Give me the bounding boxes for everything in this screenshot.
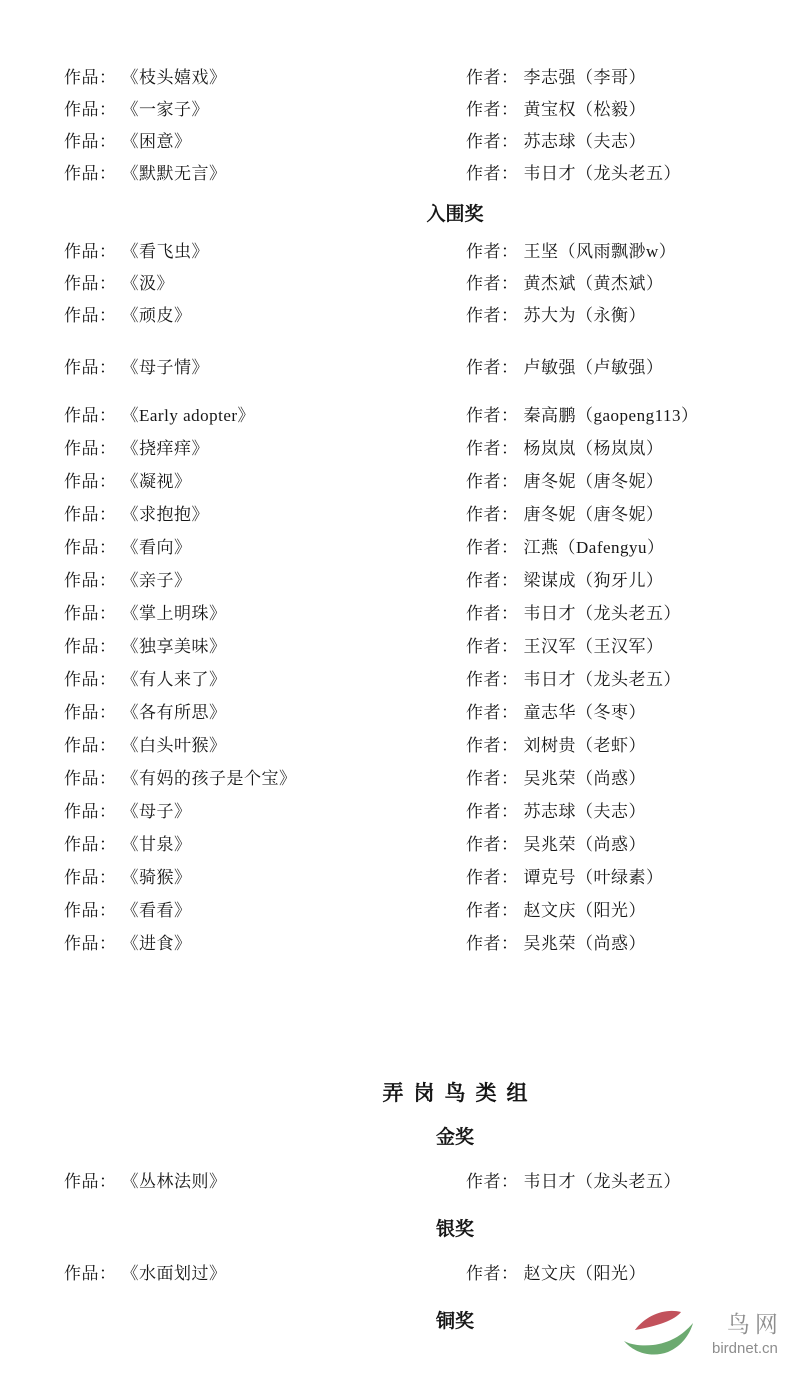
author-name: 吴兆荣（尚惑） bbox=[524, 935, 647, 952]
spacer bbox=[0, 960, 800, 1072]
work-label: 作品： bbox=[64, 243, 117, 260]
award-row: 作品：《看看》作者：赵文庆（阳光） bbox=[0, 894, 800, 927]
work-cell: 作品：《看飞虫》 bbox=[64, 243, 466, 260]
work-label: 作品： bbox=[64, 638, 117, 655]
work-label: 作品： bbox=[64, 572, 117, 589]
author-name: 梁谋成（狗牙儿） bbox=[524, 572, 664, 589]
work-cell: 作品：《凝视》 bbox=[64, 473, 466, 490]
work-cell: 作品：《困意》 bbox=[64, 133, 466, 150]
award-row: 作品：《水面划过》作者：赵文庆（阳光） bbox=[0, 1250, 800, 1296]
author-cell: 作者：苏志球（夫志） bbox=[466, 133, 646, 150]
author-label: 作者： bbox=[466, 1173, 519, 1190]
author-cell: 作者：韦日才（龙头老五） bbox=[466, 1173, 681, 1190]
award-row: 作品：《枝头嬉戏》作者：李志强（李哥） bbox=[0, 61, 800, 93]
author-label: 作者： bbox=[466, 935, 519, 952]
award-row: 作品：《母子》作者：苏志球（夫志） bbox=[0, 795, 800, 828]
work-label: 作品： bbox=[64, 1173, 117, 1190]
author-name: 黄杰斌（黄杰斌） bbox=[524, 275, 664, 292]
author-cell: 作者：韦日才（龙头老五） bbox=[466, 165, 681, 182]
award-row: 作品：《Early adopter》作者：秦高鹏（gaopeng113） bbox=[0, 399, 800, 432]
work-label: 作品： bbox=[64, 836, 117, 853]
work-title: 《看向》 bbox=[122, 539, 192, 556]
work-title: 《甘泉》 bbox=[122, 836, 192, 853]
author-label: 作者： bbox=[466, 737, 519, 754]
award-tier-heading: 金奖 bbox=[55, 1112, 800, 1158]
award-row: 作品：《各有所思》作者：童志华（冬枣） bbox=[0, 696, 800, 729]
work-title: 《独享美味》 bbox=[122, 638, 227, 655]
work-cell: 作品：《水面划过》 bbox=[64, 1265, 466, 1282]
award-row: 作品：《母子情》作者：卢敏强（卢敏强） bbox=[0, 351, 800, 383]
award-row: 作品：《求抱抱》作者：唐冬妮（唐冬妮） bbox=[0, 498, 800, 531]
author-cell: 作者：苏大为（永衡） bbox=[466, 307, 646, 324]
author-label: 作者： bbox=[466, 473, 519, 490]
award-row: 作品：《有人来了》作者：韦日才（龙头老五） bbox=[0, 663, 800, 696]
author-cell: 作者：赵文庆（阳光） bbox=[466, 1265, 646, 1282]
work-label: 作品： bbox=[64, 935, 117, 952]
work-label: 作品： bbox=[64, 133, 117, 150]
award-row: 作品：《顽皮》作者：苏大为（永衡） bbox=[0, 299, 800, 331]
work-label: 作品： bbox=[64, 440, 117, 457]
author-label: 作者： bbox=[466, 165, 519, 182]
author-label: 作者： bbox=[466, 836, 519, 853]
author-name: 卢敏强（卢敏强） bbox=[524, 359, 664, 376]
work-title: 《顽皮》 bbox=[122, 307, 192, 324]
author-cell: 作者：韦日才（龙头老五） bbox=[466, 671, 681, 688]
work-title: 《有人来了》 bbox=[122, 671, 227, 688]
author-cell: 作者：江燕（Dafengyu） bbox=[466, 539, 665, 556]
author-label: 作者： bbox=[466, 133, 519, 150]
work-cell: 作品：《枝头嬉戏》 bbox=[64, 69, 466, 86]
award-row: 作品：《看飞虫》作者：王坚（风雨飘渺w） bbox=[0, 235, 800, 267]
author-cell: 作者：谭克号（叶绿素） bbox=[466, 869, 664, 886]
work-label: 作品： bbox=[64, 803, 117, 820]
work-cell: 作品：《独享美味》 bbox=[64, 638, 466, 655]
work-title: 《丛林法则》 bbox=[122, 1173, 227, 1190]
author-label: 作者： bbox=[466, 359, 519, 376]
work-label: 作品： bbox=[64, 407, 117, 424]
work-cell: 作品：《亲子》 bbox=[64, 572, 466, 589]
work-title: 《白头叶猴》 bbox=[122, 737, 227, 754]
author-label: 作者： bbox=[466, 243, 519, 260]
author-label: 作者： bbox=[466, 275, 519, 292]
author-label: 作者： bbox=[466, 704, 519, 721]
award-row: 作品：《甘泉》作者：吴兆荣（尚惑） bbox=[0, 828, 800, 861]
author-name: 苏志球（夫志） bbox=[524, 133, 647, 150]
work-title: 《凝视》 bbox=[122, 473, 192, 490]
bird-swoosh-icon bbox=[622, 1307, 706, 1363]
award-list-document: 作品：《枝头嬉戏》作者：李志强（李哥）作品：《一家子》作者：黄宝权（松毅）作品：… bbox=[0, 0, 800, 1342]
author-label: 作者： bbox=[466, 572, 519, 589]
spacer bbox=[0, 383, 800, 399]
award-row: 作品：《默默无言》作者：韦日才（龙头老五） bbox=[0, 157, 800, 189]
spacer bbox=[0, 331, 800, 351]
work-title: 《看看》 bbox=[122, 902, 192, 919]
author-cell: 作者：韦日才（龙头老五） bbox=[466, 605, 681, 622]
author-cell: 作者：秦高鹏（gaopeng113） bbox=[466, 407, 698, 424]
work-title: 《掌上明珠》 bbox=[122, 605, 227, 622]
author-name: 唐冬妮（唐冬妮） bbox=[524, 473, 664, 490]
work-label: 作品： bbox=[64, 69, 117, 86]
award-row: 作品：《掌上明珠》作者：韦日才（龙头老五） bbox=[0, 597, 800, 630]
author-label: 作者： bbox=[466, 1265, 519, 1282]
award-row: 作品：《进食》作者：吴兆荣（尚惑） bbox=[0, 927, 800, 960]
work-cell: 作品：《母子》 bbox=[64, 803, 466, 820]
author-cell: 作者：卢敏强（卢敏强） bbox=[466, 359, 664, 376]
award-row: 作品：《看向》作者：江燕（Dafengyu） bbox=[0, 531, 800, 564]
award-row: 作品：《一家子》作者：黄宝权（松毅） bbox=[0, 93, 800, 125]
author-name: 苏大为（永衡） bbox=[524, 307, 647, 324]
author-cell: 作者：赵文庆（阳光） bbox=[466, 902, 646, 919]
author-label: 作者： bbox=[466, 506, 519, 523]
author-label: 作者： bbox=[466, 803, 519, 820]
author-name: 王坚（风雨飘渺w） bbox=[524, 243, 677, 260]
author-name: 江燕（Dafengyu） bbox=[524, 539, 665, 556]
author-name: 谭克号（叶绿素） bbox=[524, 869, 664, 886]
author-cell: 作者：梁谋成（狗牙儿） bbox=[466, 572, 664, 589]
author-name: 苏志球（夫志） bbox=[524, 803, 647, 820]
award-row: 作品：《白头叶猴》作者：刘树贵（老虾） bbox=[0, 729, 800, 762]
work-label: 作品： bbox=[64, 473, 117, 490]
author-name: 李志强（李哥） bbox=[524, 69, 647, 86]
author-cell: 作者：杨岚岚（杨岚岚） bbox=[466, 440, 664, 457]
work-label: 作品： bbox=[64, 359, 117, 376]
work-label: 作品： bbox=[64, 539, 117, 556]
author-cell: 作者：唐冬妮（唐冬妮） bbox=[466, 473, 664, 490]
section-heading: 弄岗鸟类组 bbox=[60, 1072, 800, 1112]
author-cell: 作者：黄宝权（松毅） bbox=[466, 101, 646, 118]
author-cell: 作者：李志强（李哥） bbox=[466, 69, 646, 86]
award-row: 作品：《有妈的孩子是个宝》作者：吴兆荣（尚惑） bbox=[0, 762, 800, 795]
work-title: 《汲》 bbox=[122, 275, 175, 292]
work-cell: 作品：《挠痒痒》 bbox=[64, 440, 466, 457]
logo-url-text: birdnet.cn bbox=[712, 1340, 778, 1358]
author-label: 作者： bbox=[466, 69, 519, 86]
work-cell: 作品：《汲》 bbox=[64, 275, 466, 292]
author-name: 韦日才（龙头老五） bbox=[524, 605, 682, 622]
logo-text-block: 鸟网 birdnet.cn bbox=[712, 1312, 778, 1357]
work-label: 作品： bbox=[64, 671, 117, 688]
author-cell: 作者：吴兆荣（尚惑） bbox=[466, 935, 646, 952]
work-cell: 作品：《掌上明珠》 bbox=[64, 605, 466, 622]
author-label: 作者： bbox=[466, 407, 519, 424]
award-row: 作品：《骑猴》作者：谭克号（叶绿素） bbox=[0, 861, 800, 894]
award-row: 作品：《汲》作者：黄杰斌（黄杰斌） bbox=[0, 267, 800, 299]
work-cell: 作品：《母子情》 bbox=[64, 359, 466, 376]
author-label: 作者： bbox=[466, 638, 519, 655]
work-cell: 作品：《白头叶猴》 bbox=[64, 737, 466, 754]
work-title: 《默默无言》 bbox=[122, 165, 227, 182]
author-label: 作者： bbox=[466, 440, 519, 457]
author-label: 作者： bbox=[466, 902, 519, 919]
author-label: 作者： bbox=[466, 605, 519, 622]
work-title: 《水面划过》 bbox=[122, 1265, 227, 1282]
award-row: 作品：《挠痒痒》作者：杨岚岚（杨岚岚） bbox=[0, 432, 800, 465]
author-name: 赵文庆（阳光） bbox=[524, 1265, 647, 1282]
work-cell: 作品：《看看》 bbox=[64, 902, 466, 919]
author-name: 韦日才（龙头老五） bbox=[524, 165, 682, 182]
author-label: 作者： bbox=[466, 307, 519, 324]
author-name: 秦高鹏（gaopeng113） bbox=[524, 407, 699, 424]
author-cell: 作者：吴兆荣（尚惑） bbox=[466, 836, 646, 853]
author-cell: 作者：王汉军（王汉军） bbox=[466, 638, 664, 655]
author-cell: 作者：王坚（风雨飘渺w） bbox=[466, 243, 676, 260]
work-cell: 作品：《默默无言》 bbox=[64, 165, 466, 182]
author-name: 童志华（冬枣） bbox=[524, 704, 647, 721]
work-cell: 作品：《一家子》 bbox=[64, 101, 466, 118]
work-title: 《Early adopter》 bbox=[122, 407, 256, 424]
work-cell: 作品：《有人来了》 bbox=[64, 671, 466, 688]
work-cell: 作品：《看向》 bbox=[64, 539, 466, 556]
award-row: 作品：《亲子》作者：梁谋成（狗牙儿） bbox=[0, 564, 800, 597]
author-cell: 作者：苏志球（夫志） bbox=[466, 803, 646, 820]
award-tier-heading: 银奖 bbox=[55, 1204, 800, 1250]
author-name: 黄宝权（松毅） bbox=[524, 101, 647, 118]
award-row: 作品：《丛林法则》作者：韦日才（龙头老五） bbox=[0, 1158, 800, 1204]
work-label: 作品： bbox=[64, 902, 117, 919]
work-title: 《看飞虫》 bbox=[122, 243, 210, 260]
work-title: 《一家子》 bbox=[122, 101, 210, 118]
author-name: 韦日才（龙头老五） bbox=[524, 1173, 682, 1190]
author-cell: 作者：刘树贵（老虾） bbox=[466, 737, 646, 754]
work-cell: 作品：《丛林法则》 bbox=[64, 1173, 466, 1190]
work-title: 《有妈的孩子是个宝》 bbox=[122, 770, 297, 787]
award-tier-heading: 入围奖 bbox=[55, 189, 800, 235]
work-label: 作品： bbox=[64, 101, 117, 118]
work-title: 《进食》 bbox=[122, 935, 192, 952]
logo-green-wave bbox=[624, 1323, 693, 1355]
author-name: 吴兆荣（尚惑） bbox=[524, 836, 647, 853]
work-cell: 作品：《Early adopter》 bbox=[64, 407, 466, 424]
author-cell: 作者：吴兆荣（尚惑） bbox=[466, 770, 646, 787]
work-title: 《骑猴》 bbox=[122, 869, 192, 886]
work-cell: 作品：《顽皮》 bbox=[64, 307, 466, 324]
author-name: 刘树贵（老虾） bbox=[524, 737, 647, 754]
work-label: 作品： bbox=[64, 704, 117, 721]
author-name: 赵文庆（阳光） bbox=[524, 902, 647, 919]
work-label: 作品： bbox=[64, 605, 117, 622]
author-name: 王汉军（王汉军） bbox=[524, 638, 664, 655]
author-label: 作者： bbox=[466, 671, 519, 688]
work-label: 作品： bbox=[64, 770, 117, 787]
author-cell: 作者：唐冬妮（唐冬妮） bbox=[466, 506, 664, 523]
author-label: 作者： bbox=[466, 770, 519, 787]
author-name: 吴兆荣（尚惑） bbox=[524, 770, 647, 787]
work-title: 《各有所思》 bbox=[122, 704, 227, 721]
work-cell: 作品：《有妈的孩子是个宝》 bbox=[64, 770, 466, 787]
work-title: 《求抱抱》 bbox=[122, 506, 210, 523]
work-title: 《母子情》 bbox=[122, 359, 210, 376]
work-label: 作品： bbox=[64, 165, 117, 182]
work-cell: 作品：《求抱抱》 bbox=[64, 506, 466, 523]
work-title: 《困意》 bbox=[122, 133, 192, 150]
author-name: 杨岚岚（杨岚岚） bbox=[524, 440, 664, 457]
work-title: 《母子》 bbox=[122, 803, 192, 820]
work-label: 作品： bbox=[64, 869, 117, 886]
work-label: 作品： bbox=[64, 737, 117, 754]
author-label: 作者： bbox=[466, 869, 519, 886]
author-label: 作者： bbox=[466, 539, 519, 556]
work-label: 作品： bbox=[64, 275, 117, 292]
work-label: 作品： bbox=[64, 506, 117, 523]
logo-red-wave bbox=[635, 1311, 681, 1330]
work-title: 《枝头嬉戏》 bbox=[122, 69, 227, 86]
author-name: 唐冬妮（唐冬妮） bbox=[524, 506, 664, 523]
work-label: 作品： bbox=[64, 1265, 117, 1282]
work-cell: 作品：《各有所思》 bbox=[64, 704, 466, 721]
work-title: 《挠痒痒》 bbox=[122, 440, 210, 457]
logo-cn-text: 鸟网 bbox=[727, 1312, 783, 1337]
award-row: 作品：《独享美味》作者：王汉军（王汉军） bbox=[0, 630, 800, 663]
work-cell: 作品：《甘泉》 bbox=[64, 836, 466, 853]
work-cell: 作品：《骑猴》 bbox=[64, 869, 466, 886]
author-cell: 作者：黄杰斌（黄杰斌） bbox=[466, 275, 664, 292]
author-cell: 作者：童志华（冬枣） bbox=[466, 704, 646, 721]
award-row: 作品：《困意》作者：苏志球（夫志） bbox=[0, 125, 800, 157]
work-cell: 作品：《进食》 bbox=[64, 935, 466, 952]
award-row: 作品：《凝视》作者：唐冬妮（唐冬妮） bbox=[0, 465, 800, 498]
author-label: 作者： bbox=[466, 101, 519, 118]
work-title: 《亲子》 bbox=[122, 572, 192, 589]
birdnet-logo: 鸟网 birdnet.cn bbox=[622, 1297, 794, 1373]
author-name: 韦日才（龙头老五） bbox=[524, 671, 682, 688]
work-label: 作品： bbox=[64, 307, 117, 324]
